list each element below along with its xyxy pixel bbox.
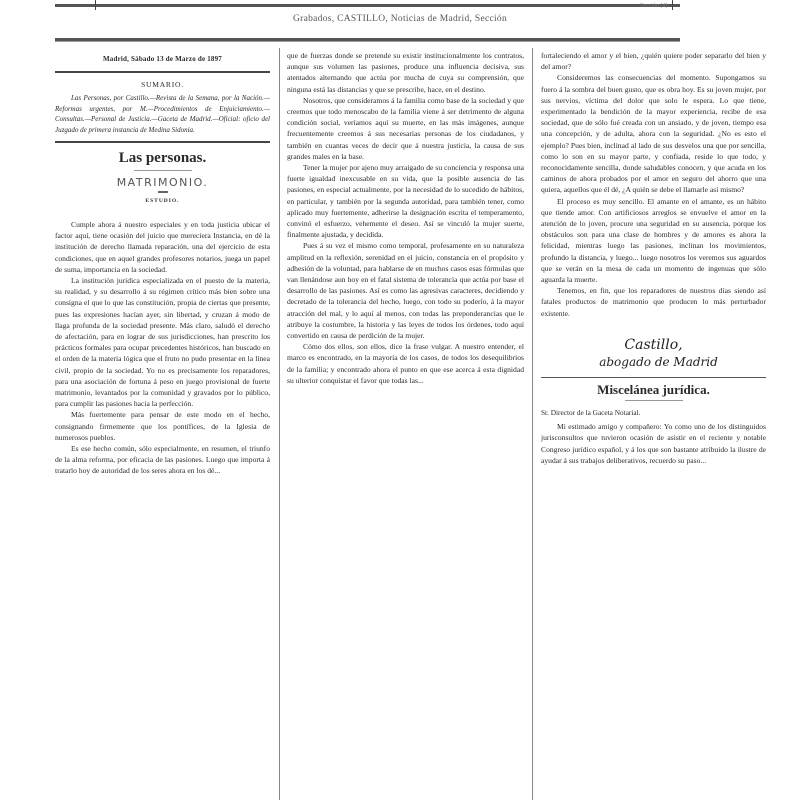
signature-name: Castillo, [624, 337, 682, 353]
left-column: Madrid, Sábado 13 de Marzo de 1897 SUMAR… [55, 50, 270, 477]
masthead-tick [672, 0, 673, 10]
article-paragraph: Es ese hecho común, sólo especialmente, … [55, 443, 270, 477]
right-column: fortaleciendo el amor y el bien, ¿quién … [541, 50, 766, 466]
column-divider [279, 48, 280, 800]
article-paragraph: El proceso es muy sencillo. El amante en… [541, 196, 766, 286]
article-paragraph: La institución jurídica especializada en… [55, 275, 270, 409]
dateline: Madrid, Sábado 13 de Marzo de 1897 [55, 54, 270, 65]
article-paragraph: Más fuertemente para pensar de este modo… [55, 409, 270, 443]
newspaper-page: Sección (4) Grabados, CASTILLO, Noticias… [0, 0, 800, 800]
article-kicker: ESTUDIO. [55, 196, 270, 207]
middle-column: que de fuerzas donde se pretende su exis… [287, 50, 524, 386]
author-signature: Castillo, abogado de Madrid [541, 337, 766, 371]
summary-body: Las Personas, por Castillo.—Revista de l… [55, 93, 270, 135]
masthead-corner-label: Sección (4) [640, 3, 668, 9]
article-paragraph: Tener la mujer por ajeno muy arraigado d… [287, 162, 524, 240]
summary-title: SUMARIO. [55, 79, 270, 90]
masthead-credit-line: Grabados, CASTILLO, Noticias de Madrid, … [0, 14, 800, 24]
masthead-bottom-rule-thin [55, 41, 680, 42]
signature-title: abogado de Madrid [541, 354, 766, 371]
ornament-rule [134, 170, 192, 171]
article-paragraph: Consideremos las consecuencias del momen… [541, 72, 766, 195]
divider [541, 377, 766, 378]
ornament-rule [625, 400, 683, 401]
divider [55, 71, 270, 73]
letter-salutation: Sr. Director de la Gaceta Notarial. [541, 407, 766, 418]
section-title: Miscelánea jurídica. [541, 384, 766, 395]
article-paragraph: fortaleciendo el amor y el bien, ¿quién … [541, 50, 766, 72]
article-paragraph: Nosotros, que consideramos á la familia … [287, 95, 524, 162]
masthead-tick [95, 0, 96, 10]
article-paragraph: Mi estimado amigo y compañero: Yo como u… [541, 421, 766, 466]
article-title: MATRIMONIO. [55, 177, 270, 188]
article-paragraph: Cómo dos ellos, son ellos, dice la frase… [287, 341, 524, 386]
section-title: Las personas. [55, 153, 270, 164]
divider [55, 141, 270, 143]
masthead-top-rule [55, 4, 680, 7]
article-paragraph: Pues á su vez el mismo como temporal, pr… [287, 240, 524, 341]
ornament-dash [158, 191, 168, 193]
column-divider [532, 48, 533, 800]
article-paragraph: Tenemos, en fin, que los reparadores de … [541, 285, 766, 319]
article-paragraph: Cumple ahora á nuestro especiales y en t… [55, 219, 270, 275]
article-paragraph: que de fuerzas donde se pretende su exis… [287, 50, 524, 95]
